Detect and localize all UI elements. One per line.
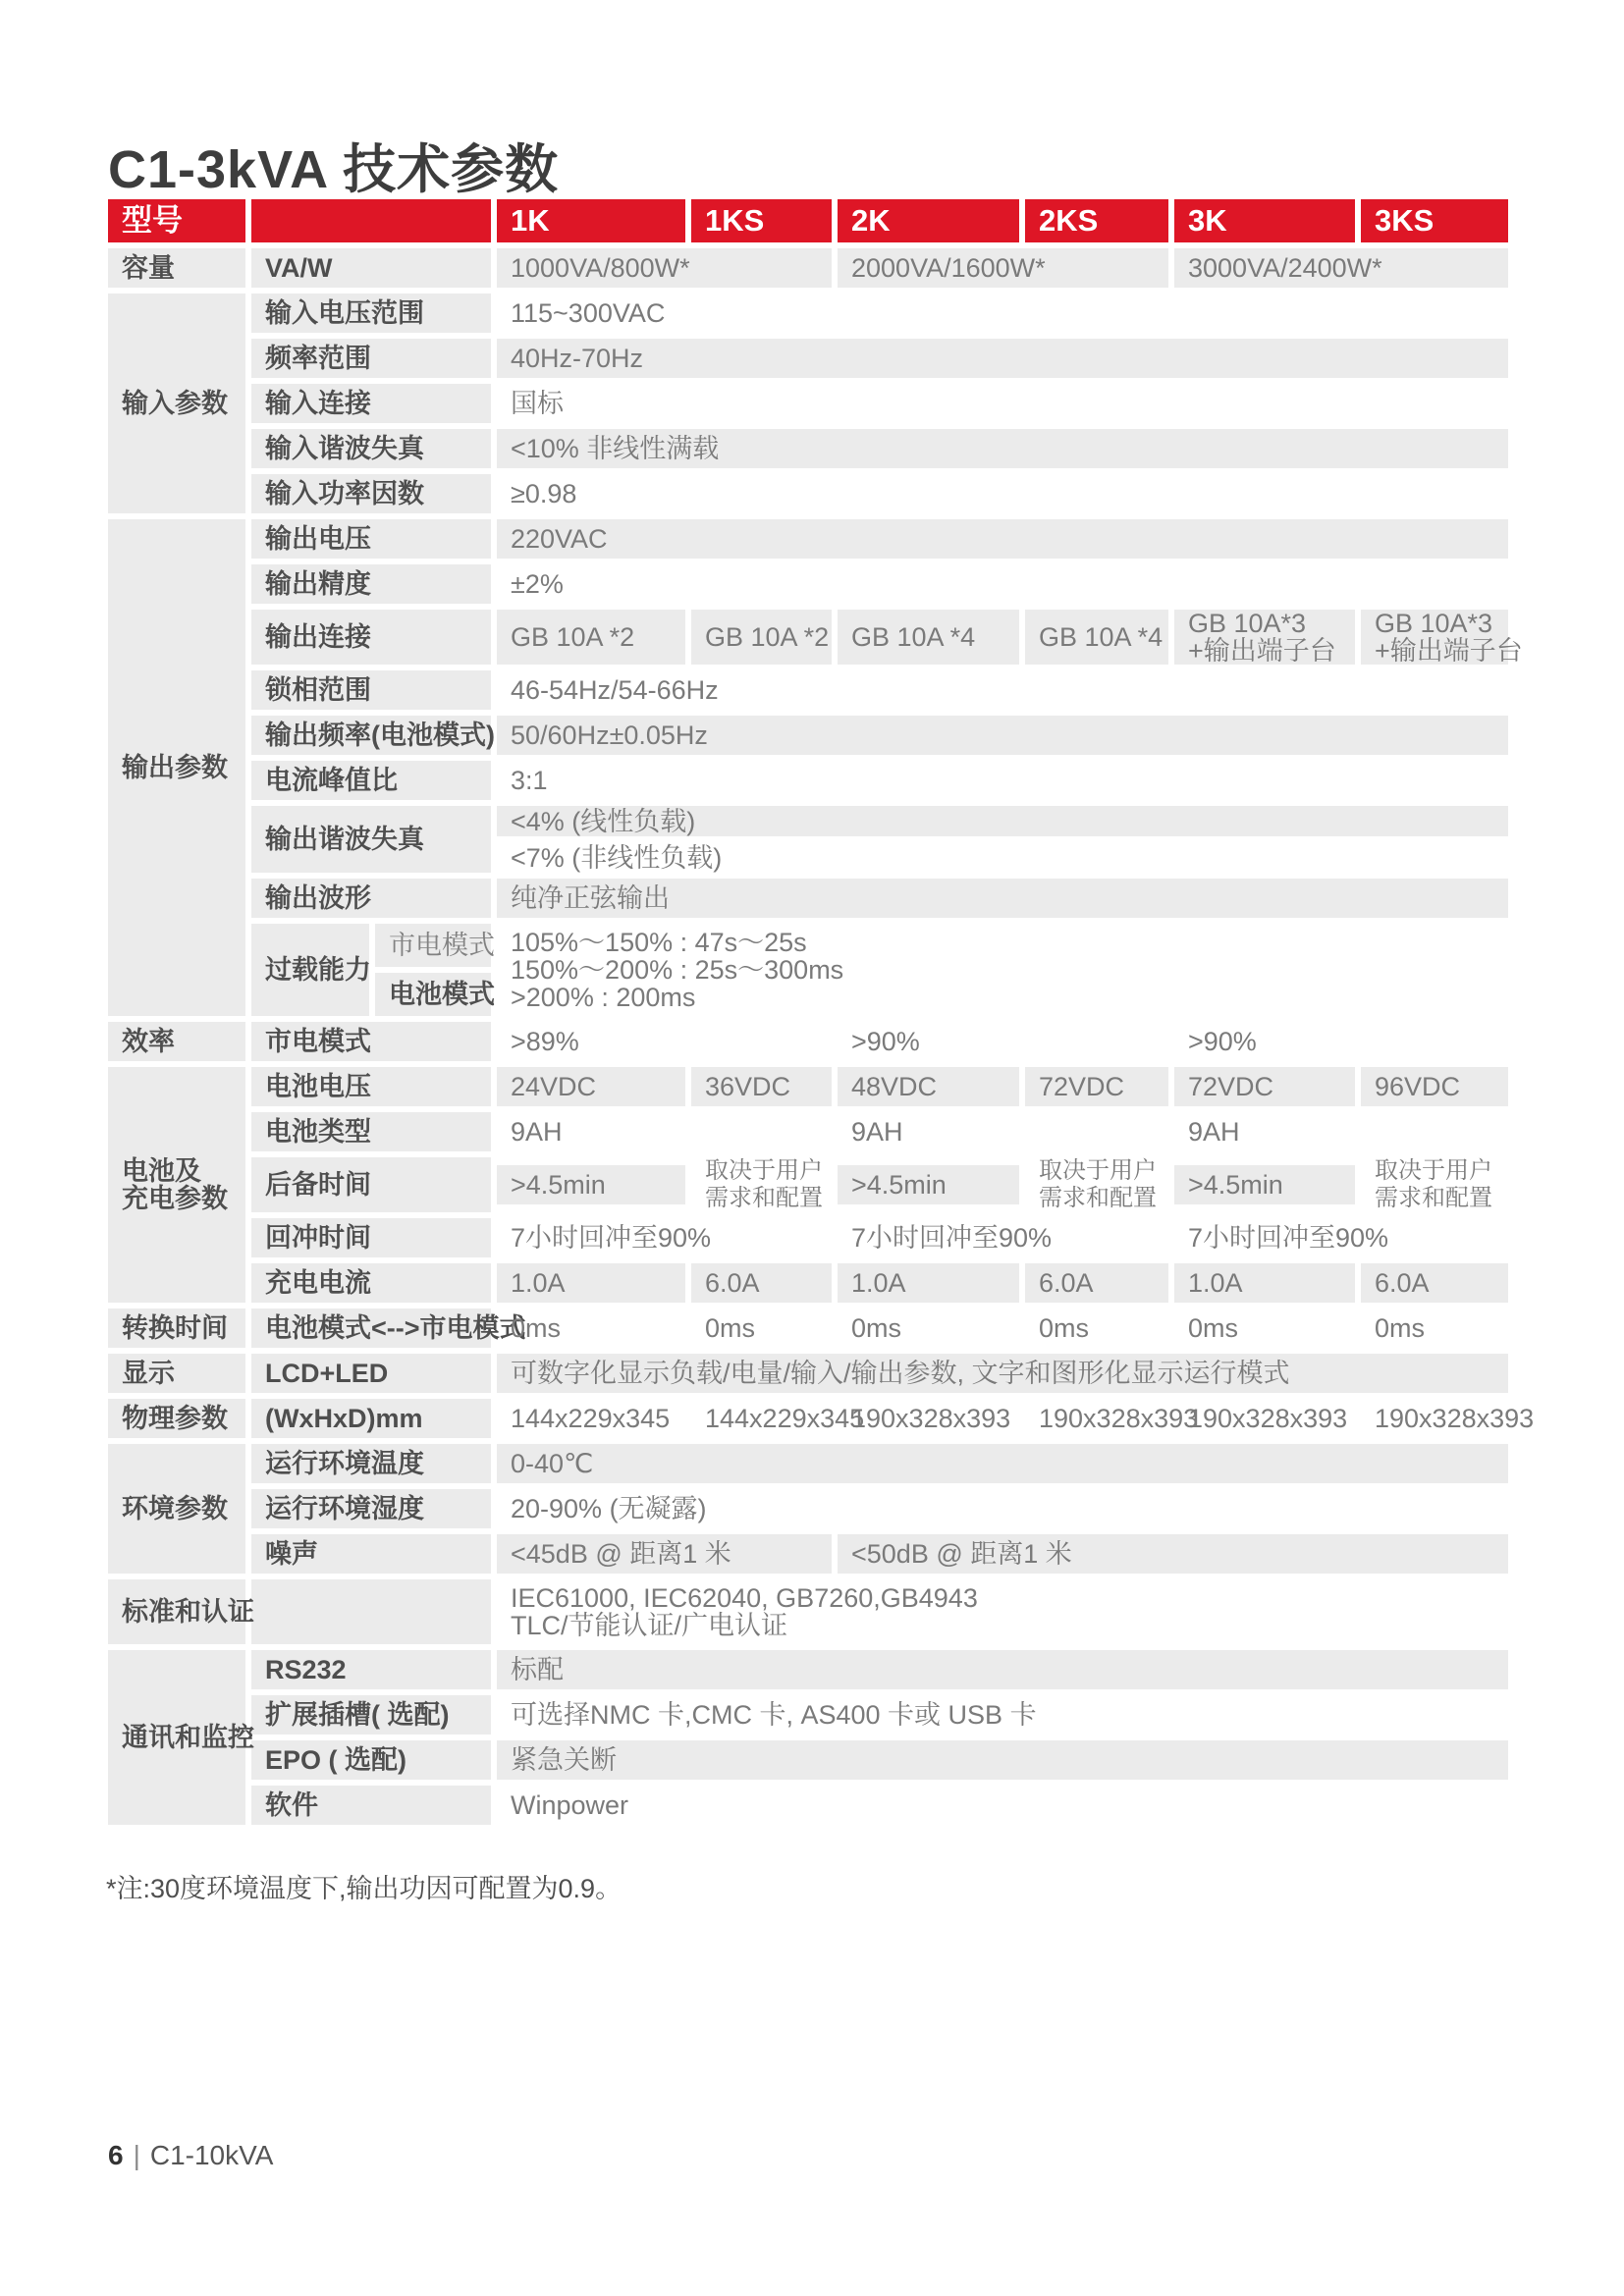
category-cell: 效率 xyxy=(108,1022,245,1061)
value-cell: 可数字化显示负载/电量/输入/输出参数, 文字和图形化显示运行模式 xyxy=(497,1354,1508,1393)
column-header-cell: 型号 xyxy=(108,199,245,242)
table-row: 电池及充电参数电池电压24VDC36VDC48VDC72VDC72VDC96VD… xyxy=(108,1067,1508,1106)
spec-table-body: 型号1K1KS2K2KS3K3KS容量VA/W1000VA/800W*2000V… xyxy=(108,199,1508,1825)
table-row: 输入功率因数≥0.98 xyxy=(108,474,1508,513)
table-row: 输出波形纯净正弦输出 xyxy=(108,879,1508,918)
value-cell: 国标 xyxy=(497,384,1508,423)
value-cell: >90% xyxy=(1174,1022,1508,1061)
table-row: 运行环境湿度20-90% (无凝露) xyxy=(108,1489,1508,1528)
table-row: 后备时间>4.5min取决于用户需求和配置>4.5min取决于用户需求和配置>4… xyxy=(108,1157,1508,1212)
category-cell: 输入参数 xyxy=(108,294,245,513)
value-cell: >4.5min xyxy=(1174,1157,1355,1212)
table-row: 输入连接国标 xyxy=(108,384,1508,423)
value-box: >4.5min xyxy=(838,1165,1019,1204)
value-cell: 可选择NMC 卡,CMC 卡, AS400 卡或 USB 卡 xyxy=(497,1695,1508,1735)
value-cell: 1.0A xyxy=(838,1263,1019,1303)
param-label-cell: 电池模式 xyxy=(375,973,491,1016)
table-row: 输出精度±2% xyxy=(108,564,1508,604)
value-cell: 190x328x393 xyxy=(1174,1399,1355,1438)
table-row: 充电电流1.0A6.0A1.0A6.0A1.0A6.0A xyxy=(108,1263,1508,1303)
page-footer: 6|C1-10kVA xyxy=(108,2140,273,2171)
value-cell: GB 10A *2 xyxy=(691,610,832,665)
value-cell: 24VDC xyxy=(497,1067,685,1106)
spec-table: 型号1K1KS2K2KS3K3KS容量VA/W1000VA/800W*2000V… xyxy=(102,193,1514,1831)
value-cell: 0ms xyxy=(838,1308,1019,1348)
value-cell: GB 10A*3+输出端子台 xyxy=(1361,610,1508,665)
page-title: C1-3kVA 技术参数 xyxy=(108,128,559,203)
value-cell: 96VDC xyxy=(1361,1067,1508,1106)
param-label-cell: 输出频率(电池模式) xyxy=(251,716,491,755)
category-cell: 转换时间 xyxy=(108,1308,245,1348)
value-cell: >89% xyxy=(497,1022,832,1061)
value-cell: 紧急关断 xyxy=(497,1740,1508,1780)
value-cell: 7小时回冲至90% xyxy=(497,1218,832,1257)
category-cell: 显示 xyxy=(108,1354,245,1393)
value-box: >4.5min xyxy=(1174,1165,1355,1204)
category-cell: 标准和认证 xyxy=(108,1579,245,1644)
value-cell: GB 10A*3+输出端子台 xyxy=(1174,610,1355,665)
page-number: 6 xyxy=(108,2140,124,2170)
table-row: 电池类型9AH9AH9AH xyxy=(108,1112,1508,1151)
value-cell: 72VDC xyxy=(1174,1067,1355,1106)
param-label-cell: 后备时间 xyxy=(251,1157,491,1212)
param-label-cell: 输入谐波失真 xyxy=(251,429,491,468)
value-cell: 3:1 xyxy=(497,761,1508,800)
value-cell: Winpower xyxy=(497,1786,1508,1825)
footer-separator: | xyxy=(134,2140,140,2170)
table-row: 效率市电模式>89%>90%>90% xyxy=(108,1022,1508,1061)
table-row: 通讯和监控RS232标配 xyxy=(108,1650,1508,1689)
value-cell: 取决于用户需求和配置 xyxy=(1025,1157,1168,1212)
footnote: *注:30度环境温度下,输出功因可配置为0.9。 xyxy=(106,1867,622,1905)
column-header-cell: 2KS xyxy=(1025,199,1168,242)
value-cell: 190x328x393 xyxy=(838,1399,1019,1438)
value-cell: <7% (非线性负载) xyxy=(497,842,1508,873)
param-label-cell: 回冲时间 xyxy=(251,1218,491,1257)
value-cell: IEC61000, IEC62040, GB7260,GB4943TLC/节能认… xyxy=(497,1579,1508,1644)
column-header-cell xyxy=(251,199,491,242)
value-cell: 1000VA/800W* xyxy=(497,248,832,288)
value-cell: 40Hz-70Hz xyxy=(497,339,1508,378)
table-row: 环境参数运行环境温度0-40℃ xyxy=(108,1444,1508,1483)
value-cell: 144x229x345 xyxy=(691,1399,832,1438)
table-row: 转换时间电池模式<-->市电模式0ms0ms0ms0ms0ms0ms xyxy=(108,1308,1508,1348)
column-header-cell: 1KS xyxy=(691,199,832,242)
param-label-cell: VA/W xyxy=(251,248,491,288)
param-label-cell: 锁相范围 xyxy=(251,670,491,710)
value-cell: ≥0.98 xyxy=(497,474,1508,513)
table-row: 物理参数(WxHxD)mm144x229x345144x229x345190x3… xyxy=(108,1399,1508,1438)
value-cell: 9AH xyxy=(1174,1112,1508,1151)
column-header-cell: 3KS xyxy=(1361,199,1508,242)
value-box: >4.5min xyxy=(497,1165,685,1204)
table-row: 输出频率(电池模式)50/60Hz±0.05Hz xyxy=(108,716,1508,755)
value-cell: 220VAC xyxy=(497,519,1508,559)
value-cell: 0-40℃ xyxy=(497,1444,1508,1483)
table-row: 软件Winpower xyxy=(108,1786,1508,1825)
param-label-cell: 输出精度 xyxy=(251,564,491,604)
value-cell: 3000VA/2400W* xyxy=(1174,248,1508,288)
value-cell: 115~300VAC xyxy=(497,294,1508,333)
param-label-cell: 输入连接 xyxy=(251,384,491,423)
category-cell: 物理参数 xyxy=(108,1399,245,1438)
table-row: 显示LCD+LED可数字化显示负载/电量/输入/输出参数, 文字和图形化显示运行… xyxy=(108,1354,1508,1393)
value-cell: GB 10A *2 xyxy=(497,610,685,665)
footer-doc-code: C1-10kVA xyxy=(150,2140,274,2170)
category-cell: 容量 xyxy=(108,248,245,288)
value-cell: 取决于用户需求和配置 xyxy=(691,1157,832,1212)
param-label-cell: 输出电压 xyxy=(251,519,491,559)
param-label-cell: 市电模式 xyxy=(251,1022,491,1061)
table-row: 扩展插槽( 选配)可选择NMC 卡,CMC 卡, AS400 卡或 USB 卡 xyxy=(108,1695,1508,1735)
param-label-cell: 过载能力 xyxy=(251,924,369,1016)
category-cell: 电池及充电参数 xyxy=(108,1067,245,1303)
value-cell: 46-54Hz/54-66Hz xyxy=(497,670,1508,710)
table-row: 过载能力市电模式105%～150% : 47s～25s150%～200% : 2… xyxy=(108,924,1508,967)
column-header-cell: 2K xyxy=(838,199,1019,242)
value-cell: 0ms xyxy=(1174,1308,1355,1348)
param-label-cell: 软件 xyxy=(251,1786,491,1825)
param-label-cell: 电流峰值比 xyxy=(251,761,491,800)
value-cell: 6.0A xyxy=(691,1263,832,1303)
value-cell: 105%～150% : 47s～25s150%～200% : 25s～300ms… xyxy=(497,924,1508,1016)
param-label-cell: 运行环境湿度 xyxy=(251,1489,491,1528)
value-cell: 2000VA/1600W* xyxy=(838,248,1168,288)
value-cell: 20-90% (无凝露) xyxy=(497,1489,1508,1528)
value-cell: GB 10A *4 xyxy=(1025,610,1168,665)
value-cell: 0ms xyxy=(1361,1308,1508,1348)
param-label-cell: 输入功率因数 xyxy=(251,474,491,513)
param-label-cell: LCD+LED xyxy=(251,1354,491,1393)
value-cell: 0ms xyxy=(691,1308,832,1348)
category-cell: 通讯和监控 xyxy=(108,1650,245,1825)
value-cell: 取决于用户需求和配置 xyxy=(1361,1157,1508,1212)
table-row: 输入参数输入电压范围115~300VAC xyxy=(108,294,1508,333)
param-label-cell: 频率范围 xyxy=(251,339,491,378)
table-row: 电流峰值比3:1 xyxy=(108,761,1508,800)
param-sublabel-cell: 市电模式 xyxy=(375,924,491,967)
table-row: 回冲时间7小时回冲至90%7小时回冲至90%7小时回冲至90% xyxy=(108,1218,1508,1257)
value-cell: 9AH xyxy=(838,1112,1168,1151)
value-cell: 36VDC xyxy=(691,1067,832,1106)
value-cell: 标配 xyxy=(497,1650,1508,1689)
param-label-cell: 扩展插槽( 选配) xyxy=(251,1695,491,1735)
value-cell: 9AH xyxy=(497,1112,832,1151)
category-cell: 输出参数 xyxy=(108,519,245,1016)
page: { "page": { "title": "C1-3kVA 技术参数", "fo… xyxy=(0,0,1624,2296)
column-header-cell: 3K xyxy=(1174,199,1355,242)
param-label-cell: 运行环境温度 xyxy=(251,1444,491,1483)
value-cell: 1.0A xyxy=(1174,1263,1355,1303)
value-cell: 190x328x393 xyxy=(1361,1399,1508,1438)
table-row: EPO ( 选配)紧急关断 xyxy=(108,1740,1508,1780)
value-cell: GB 10A *4 xyxy=(838,610,1019,665)
table-row: 输出谐波失真<4% (线性负载) xyxy=(108,806,1508,836)
table-row: 输出连接GB 10A *2GB 10A *2GB 10A *4GB 10A *4… xyxy=(108,610,1508,665)
table-row: 噪声<45dB @ 距离1 米<50dB @ 距离1 米 xyxy=(108,1534,1508,1574)
table-row: 频率范围40Hz-70Hz xyxy=(108,339,1508,378)
table-row: 标准和认证IEC61000, IEC62040, GB7260,GB4943TL… xyxy=(108,1579,1508,1644)
value-cell: 6.0A xyxy=(1361,1263,1508,1303)
param-label-cell: 输入电压范围 xyxy=(251,294,491,333)
param-label-cell: 输出谐波失真 xyxy=(251,806,491,873)
value-cell: 纯净正弦输出 xyxy=(497,879,1508,918)
table-row: 型号1K1KS2K2KS3K3KS xyxy=(108,199,1508,242)
value-cell: <4% (线性负载) xyxy=(497,806,1508,836)
value-cell: 0ms xyxy=(1025,1308,1168,1348)
param-label-cell: 噪声 xyxy=(251,1534,491,1574)
value-cell: 7小时回冲至90% xyxy=(1174,1218,1508,1257)
value-cell: 6.0A xyxy=(1025,1263,1168,1303)
value-cell: 7小时回冲至90% xyxy=(838,1218,1168,1257)
value-cell: 48VDC xyxy=(838,1067,1019,1106)
value-cell: >4.5min xyxy=(497,1157,685,1212)
param-label-cell: 电池电压 xyxy=(251,1067,491,1106)
value-cell: >4.5min xyxy=(838,1157,1019,1212)
table-row: 容量VA/W1000VA/800W*2000VA/1600W*3000VA/24… xyxy=(108,248,1508,288)
param-label-cell: 电池模式<-->市电模式 xyxy=(251,1308,491,1348)
value-cell: ±2% xyxy=(497,564,1508,604)
value-cell: 72VDC xyxy=(1025,1067,1168,1106)
column-header-cell: 1K xyxy=(497,199,685,242)
value-cell: <50dB @ 距离1 米 xyxy=(838,1534,1508,1574)
param-label-cell: (WxHxD)mm xyxy=(251,1399,491,1438)
param-label-cell xyxy=(251,1579,491,1644)
value-cell: 0ms xyxy=(497,1308,685,1348)
table-row: 输入谐波失真<10% 非线性满载 xyxy=(108,429,1508,468)
value-cell: <10% 非线性满载 xyxy=(497,429,1508,468)
param-label-cell: 充电电流 xyxy=(251,1263,491,1303)
value-cell: 1.0A xyxy=(497,1263,685,1303)
value-cell: 144x229x345 xyxy=(497,1399,685,1438)
param-label-cell: EPO ( 选配) xyxy=(251,1740,491,1780)
param-label-cell: 电池类型 xyxy=(251,1112,491,1151)
category-cell: 环境参数 xyxy=(108,1444,245,1574)
table-row: 锁相范围46-54Hz/54-66Hz xyxy=(108,670,1508,710)
table-row: 输出参数输出电压220VAC xyxy=(108,519,1508,559)
value-cell: >90% xyxy=(838,1022,1168,1061)
value-cell: 50/60Hz±0.05Hz xyxy=(497,716,1508,755)
param-label-cell: RS232 xyxy=(251,1650,491,1689)
param-label-cell: 输出连接 xyxy=(251,610,491,665)
param-label-cell: 输出波形 xyxy=(251,879,491,918)
value-cell: <45dB @ 距离1 米 xyxy=(497,1534,832,1574)
value-cell: 190x328x393 xyxy=(1025,1399,1168,1438)
